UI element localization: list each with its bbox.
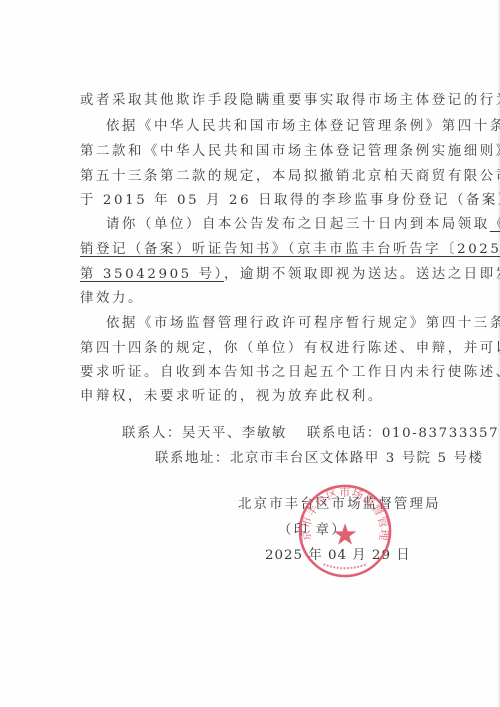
paragraph-rights-line: 要求听证。自收到本告知书之日起五个工作日内未行使陈述、 bbox=[80, 364, 430, 382]
paragraph-notice-line: 第 35042905 号），逾期不领取即视为送达。送达之日即发生法 bbox=[80, 266, 430, 284]
paragraph-notice-line: 请你（单位）自本公告发布之日起三十日内到本局领取《撤 bbox=[106, 216, 430, 234]
contact-persons-line: 联系人：吴天平、李敏敏联系电话：010-83733357 bbox=[122, 425, 499, 443]
seal-note: （印 章） bbox=[278, 522, 347, 540]
contact-address-line: 联系地址：北京市丰台区文体路甲 3 号院 5 号楼 bbox=[155, 450, 484, 468]
contact-address: 北京市丰台区文体路甲 3 号院 5 号楼 bbox=[230, 451, 484, 466]
paragraph-legal-basis-line: 第五十三条第二款的规定，本局拟撤销北京柏天商贸有限公司 bbox=[80, 168, 430, 186]
contact-phone-label: 联系电话： bbox=[307, 426, 382, 441]
contact-persons: 吴天平、李敏敏 bbox=[182, 426, 287, 441]
notice-document-number: 第 35042905 号） bbox=[80, 267, 224, 282]
paragraph-continuation: 或者采取其他欺诈手段隐瞒重要事实取得市场主体登记的行为。 bbox=[80, 92, 430, 110]
paragraph-legal-basis-line: 依据《中华人民共和国市场主体登记管理条例》第四十条 bbox=[106, 118, 430, 136]
notice-document-title: 销登记（备案）听证告知书》（京丰市监丰台听告字〔2025〕 bbox=[80, 242, 500, 257]
issuer-name: 北京市丰台区市场监督管理局 bbox=[238, 496, 441, 514]
document-page: 或者采取其他欺诈手段隐瞒重要事实取得市场主体登记的行为。 依据《中华人民共和国市… bbox=[0, 0, 500, 707]
contact-address-label: 联系地址： bbox=[155, 451, 230, 466]
contact-persons-label: 联系人： bbox=[122, 426, 182, 441]
paragraph-rights-line: 第四十四条的规定，你（单位）有权进行陈述、申辩，并可以 bbox=[80, 340, 430, 358]
paragraph-legal-basis-line: 第二款和《中华人民共和国市场主体登记管理条例实施细则》 bbox=[80, 143, 430, 161]
notice-text: ，逾期不领取即视为送达。送达之日即发生法 bbox=[224, 267, 500, 282]
paragraph-legal-basis-line: 于 2015 年 05 月 26 日取得的李珍监事身份登记（备案）。 bbox=[80, 192, 430, 210]
paragraph-rights-line: 依据《市场监督管理行政许可程序暂行规定》第四十三条、 bbox=[106, 315, 430, 333]
notice-document-link: 《撤 bbox=[490, 217, 500, 232]
notice-text: 请你（单位）自本公告发布之日起三十日内到本局领取 bbox=[106, 217, 490, 232]
paragraph-notice-line: 销登记（备案）听证告知书》（京丰市监丰台听告字〔2025〕 bbox=[80, 241, 430, 259]
issue-date: 2025 年 04 月 29 日 bbox=[265, 547, 411, 565]
paragraph-notice-line: 律效力。 bbox=[80, 290, 430, 308]
contact-phone: 010-83733357 bbox=[382, 426, 499, 441]
paragraph-rights-line: 申辩权，未要求听证的，视为放弃此权利。 bbox=[80, 388, 430, 406]
